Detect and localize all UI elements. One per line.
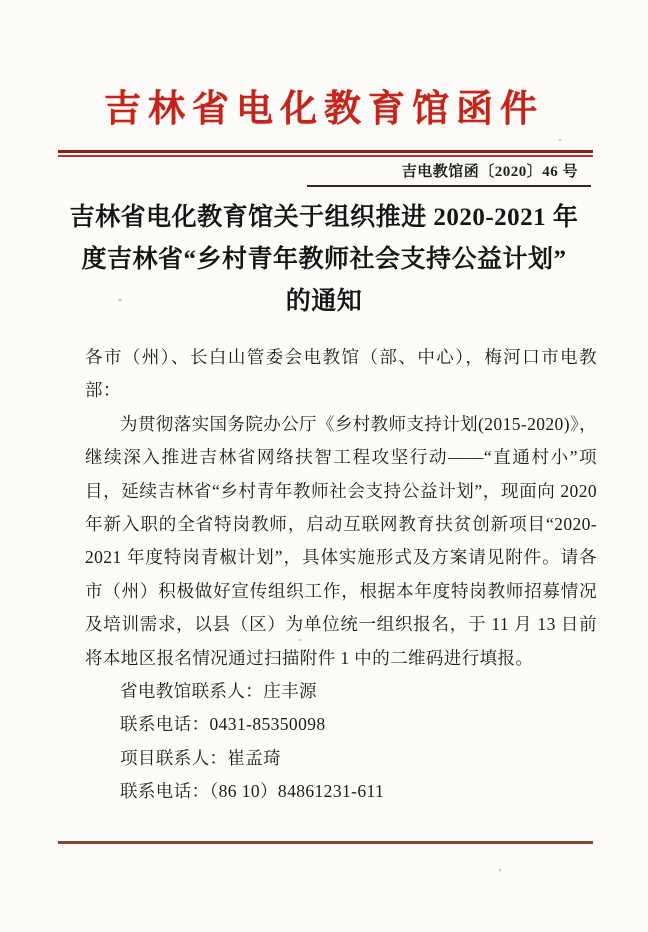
- contact-phone-province: 联系电话：0431-85350098: [85, 708, 597, 741]
- document-number: 吉电教馆函〔2020〕46 号: [307, 159, 591, 187]
- notice-title: 吉林省电化教育馆关于组织推进 2020-2021 年 度吉林省“乡村青年教师社会…: [0, 197, 648, 323]
- main-paragraph: 为贯彻落实国务院办公厅《乡村教师支持计划(2015-2020)》，继续深入推进吉…: [85, 408, 597, 675]
- letterhead-title: 吉林省电化教育馆函件: [0, 78, 648, 132]
- notice-title-line-1: 吉林省电化教育馆关于组织推进 2020-2021 年: [70, 204, 579, 231]
- footer-red-rule: [58, 841, 593, 844]
- salutation: 各市（州）、长白山管委会电教馆（部、中心），梅河口市电教部：: [85, 341, 597, 408]
- notice-title-line-3: 的通知: [286, 288, 363, 315]
- contact-person-project: 项目联系人：崔孟琦: [85, 742, 597, 775]
- document-page: 吉林省电化教育馆函件 吉电教馆函〔2020〕46 号 吉林省电化教育馆关于组织推…: [0, 0, 648, 932]
- letterhead-red-rule: [58, 150, 593, 157]
- contact-person-province: 省电教馆联系人：庄丰源: [85, 675, 597, 708]
- document-number-row: 吉电教馆函〔2020〕46 号: [307, 159, 591, 187]
- notice-title-line-2: 度吉林省“乡村青年教师社会支持公益计划”: [81, 246, 566, 273]
- contact-phone-project: 联系电话：（86 10）84861231-611: [85, 775, 597, 808]
- notice-body: 各市（州）、长白山管委会电教馆（部、中心），梅河口市电教部： 为贯彻落实国务院办…: [85, 341, 597, 809]
